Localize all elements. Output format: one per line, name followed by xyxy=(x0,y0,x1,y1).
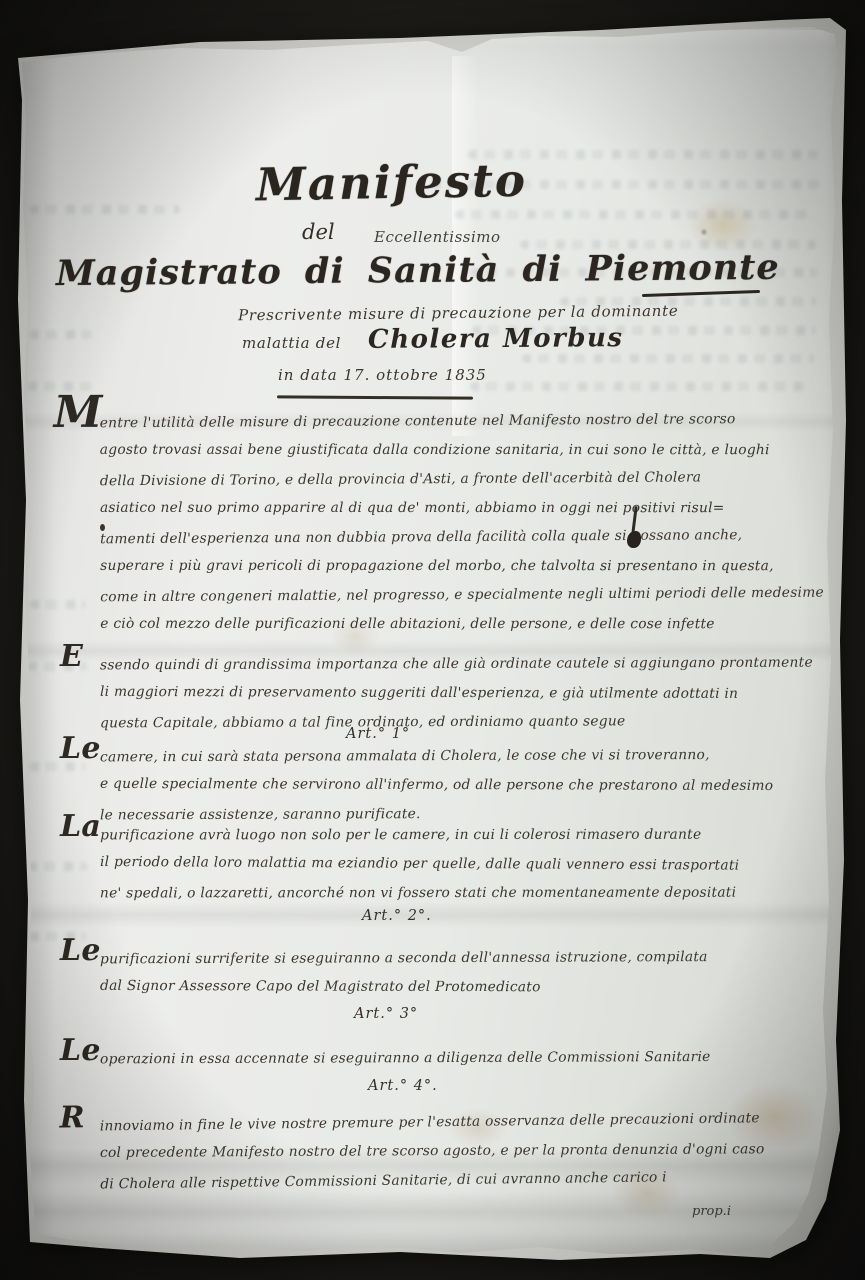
paragraph-3: Le camere, in cui sarà stata persona amm… xyxy=(100,742,812,829)
article-2-heading: Art.° 2°. xyxy=(362,908,432,924)
text-line: e ciò col mezzo delle purificazioni dell… xyxy=(100,610,812,639)
text-line: asiatico nel suo primo apparire al di qu… xyxy=(100,494,812,523)
text-line: tamenti dell'esperienza una non dubbia p… xyxy=(100,521,812,555)
text-line: entre l'utilità delle misure di precauzi… xyxy=(100,405,812,439)
paragraph-2: E ssendo quindi di grandissima importanz… xyxy=(100,650,812,737)
disease-name: Cholera Morbus xyxy=(368,323,624,355)
manuscript-page: Manifesto del Eccellentissimo Magistrato… xyxy=(0,0,865,1280)
authority-name: Magistrato di Sanità di Piemonte xyxy=(56,247,780,294)
manuscript-text: Manifesto del Eccellentissimo Magistrato… xyxy=(0,0,865,1280)
drop-initial: E xyxy=(60,642,83,671)
text-line: camere, in cui sarà stata persona ammala… xyxy=(100,741,812,773)
text-line: il periodo della loro malattia ma eziand… xyxy=(100,848,812,881)
text-line: e quelle specialmente che servirono all'… xyxy=(100,770,812,801)
manuscript-photo: Manifesto del Eccellentissimo Magistrato… xyxy=(0,0,865,1280)
paragraph-1: M entre l'utilità delle misure di precau… xyxy=(100,406,813,640)
text-line: della Divisione di Torino, e della provi… xyxy=(100,463,812,497)
text-line: dal Signor Assessore Capo del Magistrato… xyxy=(100,972,812,1003)
text-line: agosto trovasi assai bene giustificata d… xyxy=(100,436,812,465)
title-line-eccellentissimo: Eccellentissimo xyxy=(374,228,501,246)
paragraph-5: Le purificazioni surriferite si eseguira… xyxy=(100,944,812,1002)
drop-initial: R xyxy=(60,1103,85,1132)
article-1-heading: Art.° 1° xyxy=(346,726,410,742)
title-line-del: del xyxy=(302,220,335,244)
drop-initial: Le xyxy=(60,734,101,763)
drop-initial: La xyxy=(60,812,101,841)
drop-initial: Le xyxy=(60,936,101,965)
text-line: purificazioni surriferite si eseguiranno… xyxy=(100,943,812,975)
paragraph-7: R innoviamo in fine le vive nostre premu… xyxy=(100,1105,813,1198)
paragraph-6: Le operazioni in essa accennate si esegu… xyxy=(100,1044,812,1073)
date-underline xyxy=(277,395,473,399)
subtitle-line-1: Prescrivente misure di precauzione per l… xyxy=(238,302,679,325)
drop-initial: Le xyxy=(60,1036,101,1065)
text-line: operazioni in essa accennate si eseguira… xyxy=(100,1043,812,1075)
text-line: ssendo quindi di grandissima importanza … xyxy=(100,649,812,681)
subtitle-line-2-lead: malattia del xyxy=(242,334,341,352)
text-line: come in altre congeneri malattie, nel pr… xyxy=(100,579,812,613)
pen-flourish xyxy=(642,290,760,297)
article-3-heading: Art.° 3° xyxy=(354,1006,418,1022)
text-line: questa Capitale, abbiamo a tal fine ordi… xyxy=(100,707,812,739)
text-line: ne' spedali, o lazzaretti, ancorché non … xyxy=(100,879,812,909)
article-4-heading: Art.° 4°. xyxy=(368,1078,438,1094)
ink-speck xyxy=(100,524,105,531)
text-line: li maggiori mezzi di preservamento sugge… xyxy=(100,678,812,709)
date-line: in data 17. ottobre 1835 xyxy=(278,366,487,384)
paragraph-4: La purificazione avrà luogo non solo per… xyxy=(100,820,812,909)
catchword: prop.i xyxy=(692,1204,731,1219)
text-line: purificazione avrà luogo non solo per le… xyxy=(100,821,812,851)
document-title: Manifesto xyxy=(256,154,528,212)
paper-stack: Manifesto del Eccellentissimo Magistrato… xyxy=(0,0,865,1280)
ink-blot xyxy=(627,531,641,548)
text-line: superare i più gravi pericoli di propaga… xyxy=(100,552,812,581)
drop-initial: M xyxy=(54,398,103,427)
